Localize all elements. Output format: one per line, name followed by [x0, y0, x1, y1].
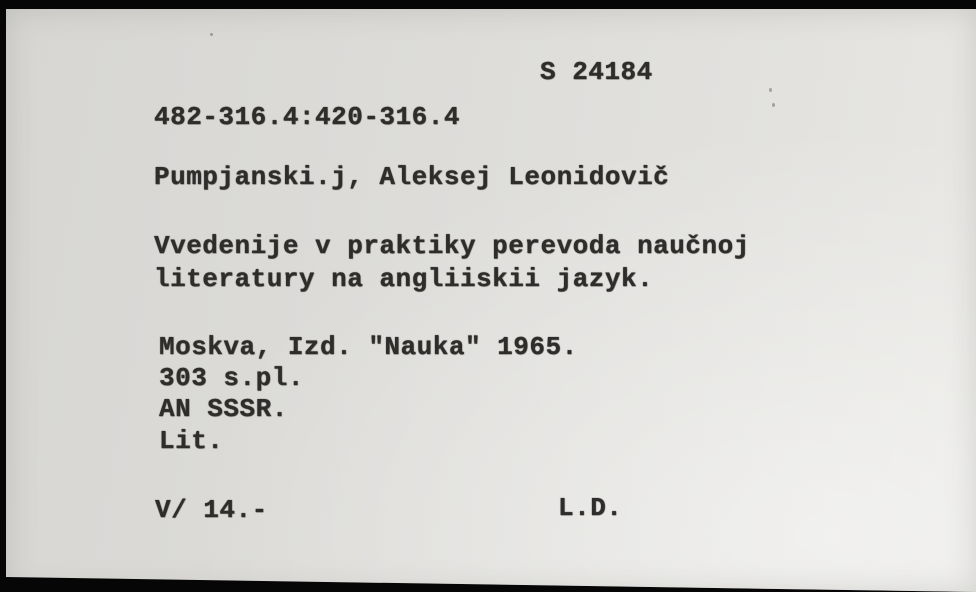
paper-speck	[210, 33, 213, 36]
paper-speck	[769, 88, 772, 92]
catalog-card-scan: S 24184 482-316.4:420-316.4 Pumpjanski.j…	[0, 0, 976, 592]
author-line: Pumpjanski.j, Aleksej Leonidovič	[154, 162, 669, 192]
paper-speck	[772, 103, 775, 107]
classification-number: 482-316.4:420-316.4	[154, 102, 460, 132]
card-paper	[6, 9, 976, 592]
accession-number: S 24184	[540, 57, 653, 87]
series-line: AN SSSR.	[159, 394, 288, 424]
title-line-2: literatury na angliiskii jazyk.	[154, 264, 653, 294]
cataloguer-initials: L.D.	[558, 493, 622, 523]
collation-line: 303 s.pl.	[159, 363, 304, 393]
title-line-1: Vvedenije v praktiky perevoda naučnoj	[154, 231, 750, 261]
price-notation: V/ 14.-	[155, 495, 268, 525]
note-line: Lit.	[159, 426, 223, 456]
imprint-line: Moskva, Izd. "Nauka" 1965.	[159, 332, 578, 362]
